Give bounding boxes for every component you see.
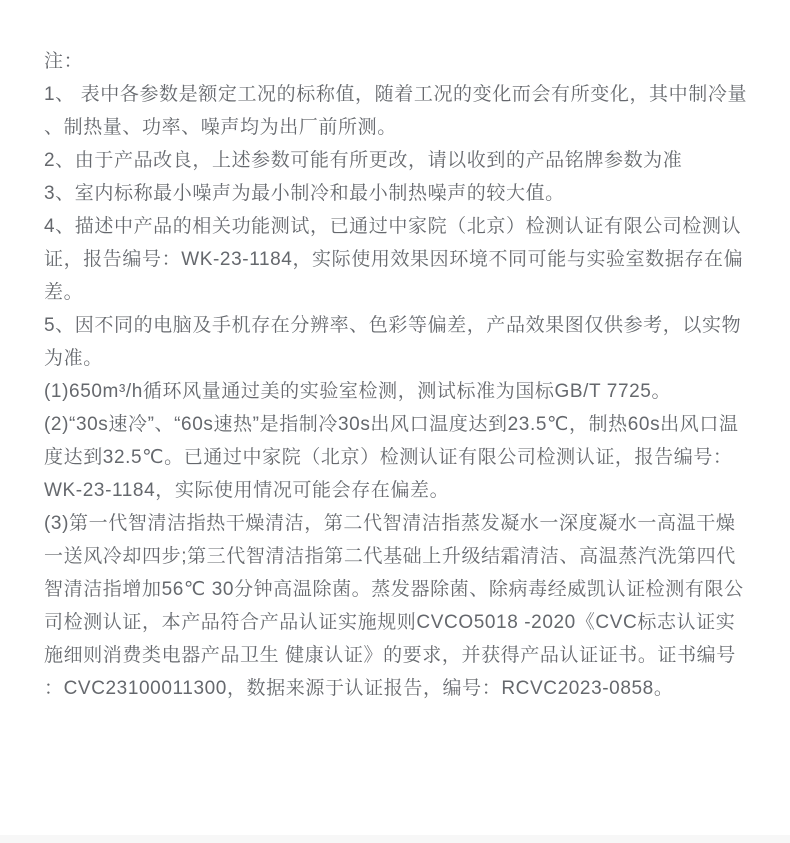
note-4: 4、描述中产品的相关功能测试，已通过中家院（北京）检测认证有限公司检测认证，报告… [44, 210, 748, 309]
notes-heading: 注： [44, 45, 748, 78]
note-2: 2、由于产品改良，上述参数可能有所更改，请以收到的产品铭牌参数为准 [44, 144, 748, 177]
footnote-1: (1)650m³/h循环风量通过美的实验室检测，测试标准为国标GB/T 7725… [44, 375, 748, 408]
note-3: 3、室内标称最小噪声为最小制冷和最小制热噪声的较大值。 [44, 177, 748, 210]
next-section-divider [0, 835, 790, 843]
footnote-3: (3)第一代智清洁指热干燥清洁，第二代智清洁指蒸发凝水一深度凝水一高温干燥一送风… [44, 507, 748, 705]
product-notes-section: 注： 1、 表中各参数是额定工况的标称值，随着工况的变化而会有所变化，其中制冷量… [44, 45, 748, 705]
note-5: 5、因不同的电脑及手机存在分辨率、色彩等偏差，产品效果图仅供参考，以实物为准。 [44, 309, 748, 375]
footnote-2: (2)“30s速冷”、“60s速热”是指制冷30s出风口温度达到23.5℃，制热… [44, 408, 748, 507]
note-1: 1、 表中各参数是额定工况的标称值，随着工况的变化而会有所变化，其中制冷量、制热… [44, 78, 748, 144]
